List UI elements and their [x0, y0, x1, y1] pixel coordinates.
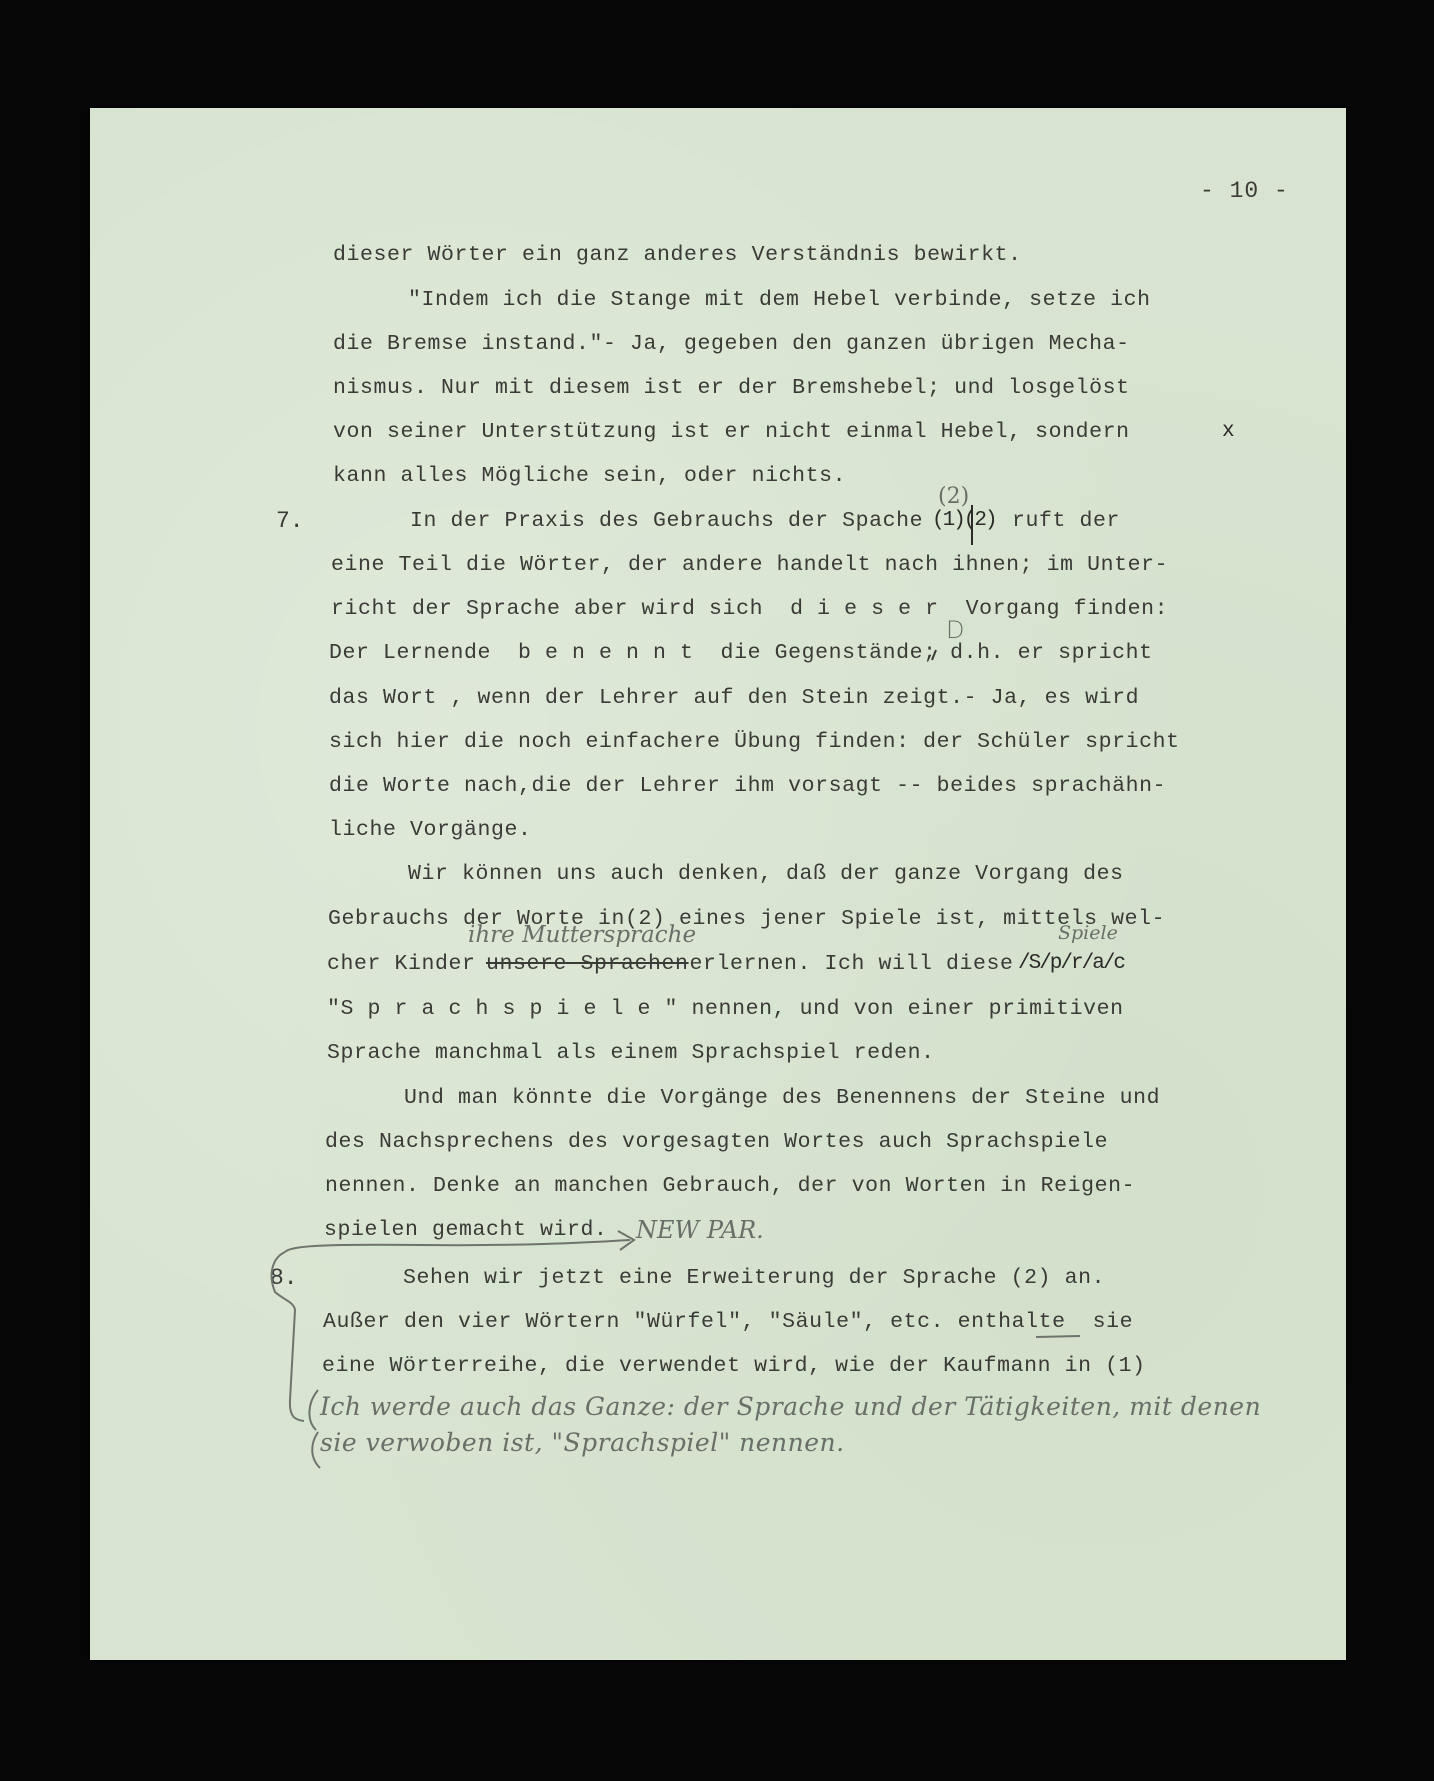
text-line: des Nachsprechens des vorgesagten Wortes…	[325, 1130, 1108, 1154]
text-line: richt der Sprache aber wird sich d i e s…	[331, 597, 1168, 621]
text-line: erlernen. Ich will diese	[676, 952, 1027, 976]
text-line: nismus. Nur mit diesem ist er der Bremsh…	[333, 376, 1130, 400]
handwritten-note-line-1: Ich werde auch das Ganze: der Sprache un…	[320, 1392, 1261, 1421]
text-line: von seiner Unterstützung ist er nicht ei…	[333, 420, 1130, 444]
text-line: Außer den vier Wörtern "Würfel", "Säule"…	[323, 1310, 1133, 1334]
text-line: das Wort , wenn der Lehrer auf den Stein…	[329, 686, 1139, 710]
text-line: liche Vorgänge.	[329, 818, 532, 842]
text-line: Sehen wir jetzt eine Erweiterung der Spr…	[403, 1266, 1105, 1290]
text-line: Und man könnte die Vorgänge des Benennen…	[404, 1086, 1160, 1110]
text-line: "S p r a c h s p i e l e " nennen, und v…	[327, 997, 1124, 1021]
struck-reference: (1)(2)	[932, 509, 996, 532]
handwritten-note-line-2: sie verwoben ist, "Sprachspiel" nennen.	[320, 1428, 845, 1457]
page-number: - 10 -	[1200, 178, 1289, 204]
struck-text: unsere Sprachen	[486, 952, 689, 976]
text-line: sich hier die noch einfachere Übung find…	[329, 730, 1180, 754]
handwritten-insert-d: D	[946, 616, 964, 644]
struck-text: /S/p/r/a/c	[1018, 952, 1124, 975]
text-line: spielen gemacht wird.	[324, 1218, 608, 1242]
text-line: Sprache manchmal als einem Sprachspiel r…	[327, 1041, 935, 1065]
text-line: Wir können uns auch denken, daß der ganz…	[408, 862, 1124, 886]
text-line: Der Lernende b e n e n n t die Gegenstän…	[329, 641, 1153, 665]
handwritten-insert-2: (2)	[938, 484, 969, 509]
text-line: die Worte nach,die der Lehrer ihm vorsag…	[329, 774, 1166, 798]
section-number-8: 8.	[270, 1265, 298, 1291]
text-line: dieser Wörter ein ganz anderes Verständn…	[333, 243, 1022, 267]
text-line: "Indem ich die Stange mit dem Hebel verb…	[408, 288, 1151, 312]
text-line: eine Teil die Wörter, der andere handelt…	[331, 553, 1168, 577]
scan-background: - 10 - dieser Wörter ein ganz anderes Ve…	[0, 0, 1434, 1781]
section-number-7: 7.	[276, 508, 304, 534]
handwritten-insert-spiele: Spiele	[1058, 922, 1118, 944]
text-line: ruft der	[1012, 509, 1120, 533]
text-line: eine Wörterreihe, die verwendet wird, wi…	[322, 1354, 1146, 1378]
text-line: die Bremse instand."- Ja, gegeben den ga…	[333, 332, 1130, 356]
handwritten-new-par: NEW PAR.	[636, 1216, 764, 1244]
text-line: cher Kinder	[327, 952, 489, 976]
struck-character: x	[1222, 420, 1233, 443]
text-line: kann alles Mögliche sein, oder nichts.	[333, 464, 846, 488]
text-line: In der Praxis des Gebrauchs der Spache	[410, 509, 923, 533]
handwritten-insert-muttersprache: ihre Muttersprache	[468, 922, 696, 948]
text-line: Gebrauchs der Worte in(2) eines jener Sp…	[328, 907, 1165, 931]
text-line: nennen. Denke an manchen Gebrauch, der v…	[325, 1174, 1135, 1198]
